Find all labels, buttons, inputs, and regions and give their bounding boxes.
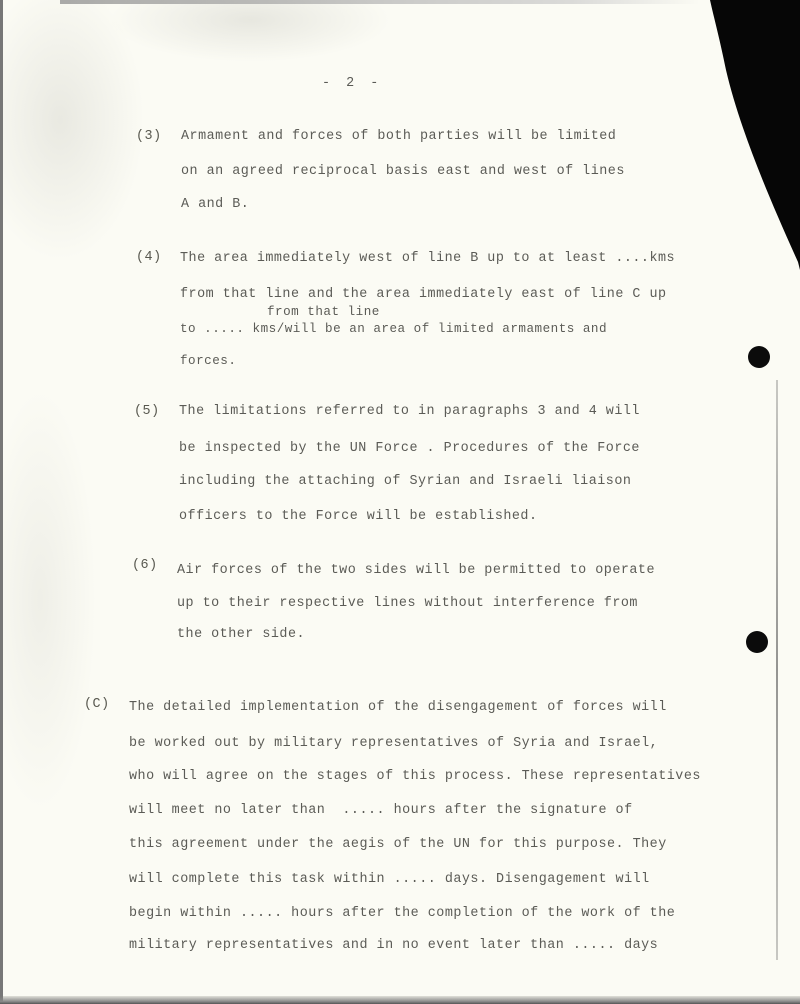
paragraph-line: to ..... kms/will be an area of limited … (180, 322, 607, 336)
page-bottom-edge (0, 996, 800, 1004)
paragraph-line: A and B. (181, 197, 249, 212)
paragraph-line: Armament and forces of both parties will… (181, 129, 616, 144)
interlinear-insertion: from that line (267, 305, 380, 319)
paragraph-line: forces. (180, 354, 236, 368)
item-label: (4) (136, 250, 162, 265)
item-label: (5) (134, 404, 160, 419)
paragraph-line: officers to the Force will be establishe… (179, 509, 538, 524)
paragraph-line: military representatives and in no event… (129, 938, 658, 953)
item-label: (3) (136, 129, 162, 144)
paragraph-line: on an agreed reciprocal basis east and w… (181, 164, 625, 179)
paragraph-line: this agreement under the aegis of the UN… (129, 837, 667, 852)
paragraph-line: be worked out by military representative… (129, 736, 658, 751)
paragraph-line: The limitations referred to in paragraph… (179, 404, 640, 419)
paragraph-line: begin within ..... hours after the compl… (129, 906, 675, 921)
paragraph-line: up to their respective lines without int… (177, 596, 638, 611)
punch-hole-icon (746, 631, 768, 653)
paragraph-line: including the attaching of Syrian and Is… (179, 474, 631, 489)
paragraph-line: who will agree on the stages of this pro… (129, 769, 701, 784)
paragraph-line: the other side. (177, 627, 305, 642)
paragraph-line: from that line and the area immediately … (180, 287, 667, 302)
paragraph-line: The detailed implementation of the disen… (129, 700, 667, 715)
punch-hole-icon (748, 346, 770, 368)
margin-line (776, 380, 778, 960)
page-top-edge (60, 0, 700, 4)
page-number: - 2 - (322, 76, 378, 91)
paragraph-line: The area immediately west of line B up t… (180, 251, 675, 266)
paragraph-line: will complete this task within ..... day… (129, 872, 650, 887)
paragraph-line: Air forces of the two sides will be perm… (177, 563, 655, 578)
page-left-edge (0, 0, 3, 1004)
item-label: (C) (84, 697, 110, 712)
item-label: (6) (132, 558, 158, 573)
paragraph-line: be inspected by the UN Force . Procedure… (179, 441, 640, 456)
scanned-page (0, 0, 800, 1004)
paragraph-line: will meet no later than ..... hours afte… (129, 803, 633, 818)
